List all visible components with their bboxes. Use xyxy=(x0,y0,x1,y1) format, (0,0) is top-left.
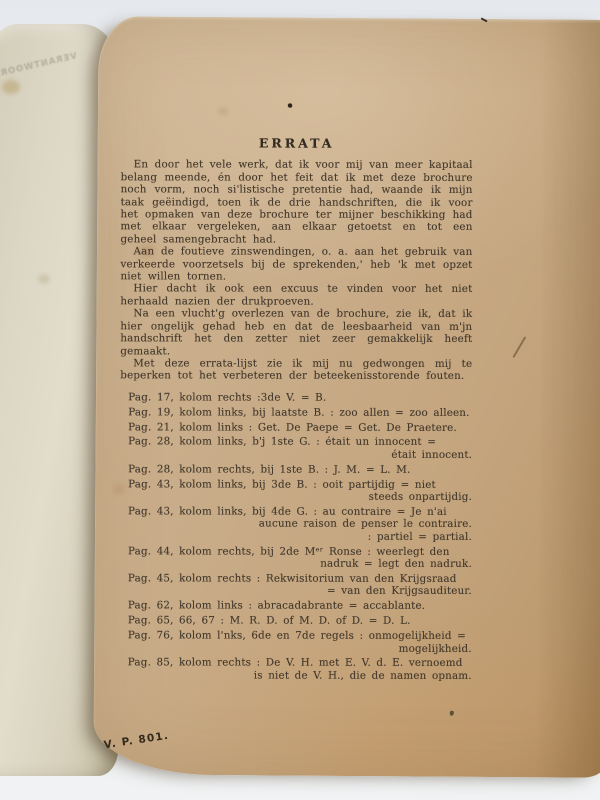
erratum-item: Pag. 76, kolom l'nks, 6de en 7de regels … xyxy=(128,629,472,654)
erratum-continuation-line: is niet de V. H., die de namen opnam. xyxy=(128,669,472,682)
erratum-item: Pag. 19, kolom links, bij laatste B. : z… xyxy=(128,406,472,419)
erratum-item: Pag. 17, kolom rechts :3de V. = B. xyxy=(128,391,472,404)
erratum-line: Pag. 19, kolom links, bij laatste B. : z… xyxy=(128,406,472,419)
erratum-item: Pag. 65, 66, 67 : M. R. D. of M. D. of D… xyxy=(128,615,472,628)
erratum-line: Pag. 28, kolom rechts, bij 1ste B. : J. … xyxy=(128,463,472,476)
erratum-item: Pag. 44, kolom rechts, bij 2de Mᵉʳ Ronse… xyxy=(128,545,472,570)
erratum-continuation-line: mogelijkheid. xyxy=(128,642,472,655)
erratum-line: Pag. 45, kolom rechts : Rekwisitorium va… xyxy=(128,572,472,585)
paragraph: Na een vlucht'g overlezen van de brochur… xyxy=(120,308,472,358)
erratum-item: Pag. 43, kolom links, bij 3de B. : ooit … xyxy=(128,478,472,503)
erratum-item: Pag. 62, kolom links : abracadabrante = … xyxy=(128,600,472,613)
errata-list: Pag. 17, kolom rechts :3de V. = B.Pag. 1… xyxy=(120,391,473,682)
printer-code: V. P. 801. xyxy=(103,730,170,752)
erratum-line: Pag. 43, kolom links, bij 3de B. : ooit … xyxy=(128,478,472,491)
paragraph: Hier dacht ik ook een excuus te vinden v… xyxy=(120,283,472,308)
photo-background: VERANTWOORDING ERRATA En door het vele w… xyxy=(0,0,600,800)
paragraph: Met deze errata-lijst zie ik mij nu gedw… xyxy=(120,357,472,382)
erratum-line: Pag. 17, kolom rechts :3de V. = B. xyxy=(128,391,472,404)
erratum-item: Pag. 85, kolom rechts : De V. H. met E. … xyxy=(128,657,472,682)
erratum-continuation-line: aucune raison de penser le contraire. xyxy=(128,518,472,531)
erratum-item: Pag. 28, kolom links, b'j 1ste G. : étai… xyxy=(128,436,472,461)
erratum-item: Pag. 43, kolom links, bij 4de G. : au co… xyxy=(128,505,472,543)
erratum-line: Pag. 28, kolom links, b'j 1ste G. : étai… xyxy=(128,436,472,449)
erratum-line: Pag. 76, kolom l'nks, 6de en 7de regels … xyxy=(128,629,472,642)
scratch-mark xyxy=(512,336,526,358)
paragraph: Aan de foutieve zinswendingen, o. a. aan… xyxy=(120,246,472,284)
erratum-continuation-line: nadruk = legt den nadruk. xyxy=(128,557,472,570)
page-content: ERRATA En door het vele werk, dat ik voo… xyxy=(120,17,473,684)
erratum-item: Pag. 28, kolom rechts, bij 1ste B. : J. … xyxy=(128,463,472,476)
paragraph: En door het vele werk, dat ik voor mij v… xyxy=(121,159,473,246)
dark-speck xyxy=(481,17,488,22)
paper-stain xyxy=(38,274,50,284)
erratum-line: Pag. 43, kolom links, bij 4de G. : au co… xyxy=(128,505,472,518)
bleedthrough-text: VERANTWOORDING xyxy=(0,51,78,82)
erratum-continuation-line: : partiel = partial. xyxy=(128,530,472,543)
erratum-line: Pag. 21, kolom links : Get. De Paepe = G… xyxy=(128,421,472,434)
errata-page: ERRATA En door het vele werk, dat ik voo… xyxy=(93,16,600,778)
erratum-line: Pag. 44, kolom rechts, bij 2de Mᵉʳ Ronse… xyxy=(128,545,472,558)
erratum-item: Pag. 21, kolom links : Get. De Paepe = G… xyxy=(128,421,472,434)
erratum-continuation-line: steeds onpartijdig. xyxy=(128,490,472,503)
erratum-line: Pag. 62, kolom links : abracadabrante = … xyxy=(128,600,472,613)
erratum-line: Pag. 65, 66, 67 : M. R. D. of M. D. of D… xyxy=(128,615,472,628)
paper-stain xyxy=(2,80,20,94)
erratum-line: Pag. 85, kolom rechts : De V. H. met E. … xyxy=(128,657,472,670)
erratum-continuation-line: = van den Krijgsauditeur. xyxy=(128,585,472,598)
dark-speck xyxy=(450,711,454,716)
page-title: ERRATA xyxy=(121,137,473,150)
erratum-continuation-line: était innocent. xyxy=(128,448,472,461)
erratum-item: Pag. 45, kolom rechts : Rekwisitorium va… xyxy=(128,572,472,597)
